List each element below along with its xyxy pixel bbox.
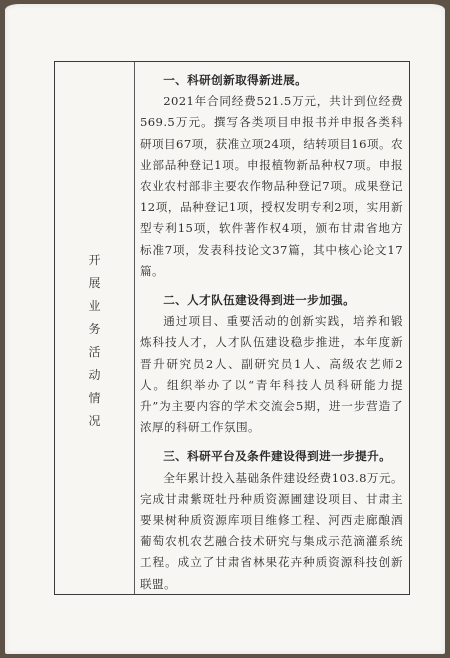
spacer <box>140 282 403 290</box>
section-body-platform: 全年累计投入基础条件建设经费103.8万元。完成甘肃紫斑牡丹种质资源圃建设项目、… <box>140 468 403 595</box>
section-heading-research: 一、科研创新取得新进展。 <box>140 70 403 91</box>
label-char: 展 <box>88 272 100 295</box>
label-char: 开 <box>88 249 100 272</box>
label-char: 业 <box>88 295 100 318</box>
section-heading-talent: 二、人才队伍建设得到进一步加强。 <box>140 290 403 311</box>
activity-table: 开 展 业 务 活 动 情 况 一、科研创新取得新进展。 2021年合同经费52… <box>54 61 410 595</box>
spacer <box>140 438 403 446</box>
section-body-research: 2021年合同经费521.5万元，共计到位经费569.5万元。撰写各类项目申报书… <box>140 91 403 282</box>
section-heading-platform: 三、科研平台及条件建设得到进一步提升。 <box>140 446 403 467</box>
section-body-talent: 通过项目、重要活动的创新实践，培养和锻炼科技人才，人才队伍建设稳步推进，本年度新… <box>140 311 403 438</box>
label-char: 务 <box>88 318 100 341</box>
label-char: 动 <box>88 364 100 387</box>
content-cell: 一、科研创新取得新进展。 2021年合同经费521.5万元，共计到位经费569.… <box>135 62 409 594</box>
label-char: 情 <box>88 387 100 410</box>
document-page: 开 展 业 务 活 动 情 况 一、科研创新取得新进展。 2021年合同经费52… <box>5 4 445 654</box>
label-char: 况 <box>88 410 100 433</box>
label-char: 活 <box>88 341 100 364</box>
row-label-vertical: 开 展 业 务 活 动 情 况 <box>88 249 100 433</box>
row-label-cell: 开 展 业 务 活 动 情 况 <box>55 62 135 594</box>
